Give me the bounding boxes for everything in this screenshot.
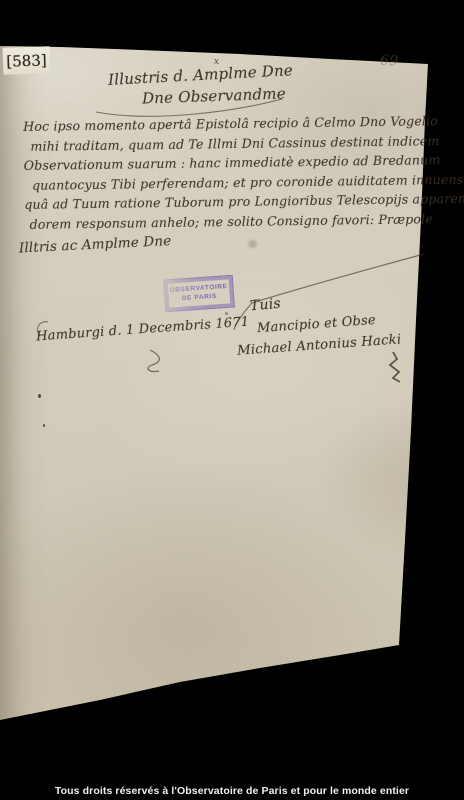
stamp-line2: DE PARIS (182, 292, 218, 303)
ink-speck (38, 394, 41, 398)
scanned-letter-view: [583] 69 x Illustris d. Amplme Dne Dne O… (0, 0, 464, 800)
copyright-caption: Tous droits réservés à l'Observatoire de… (0, 785, 464, 797)
ink-speck (225, 312, 228, 315)
folio-number: 69 (379, 52, 398, 69)
ink-smudge (248, 240, 257, 248)
observatoire-de-paris-stamp: OBSERVATOIRE DE PARIS (163, 275, 235, 313)
closing-line1: Tuis (249, 296, 281, 315)
ink-speck (43, 424, 45, 427)
archive-number-text: [583] (6, 51, 47, 70)
letter-body: Hoc ipso momento apertâ Epistolâ recipio… (23, 111, 439, 255)
archive-number-label: [583] (3, 46, 51, 75)
